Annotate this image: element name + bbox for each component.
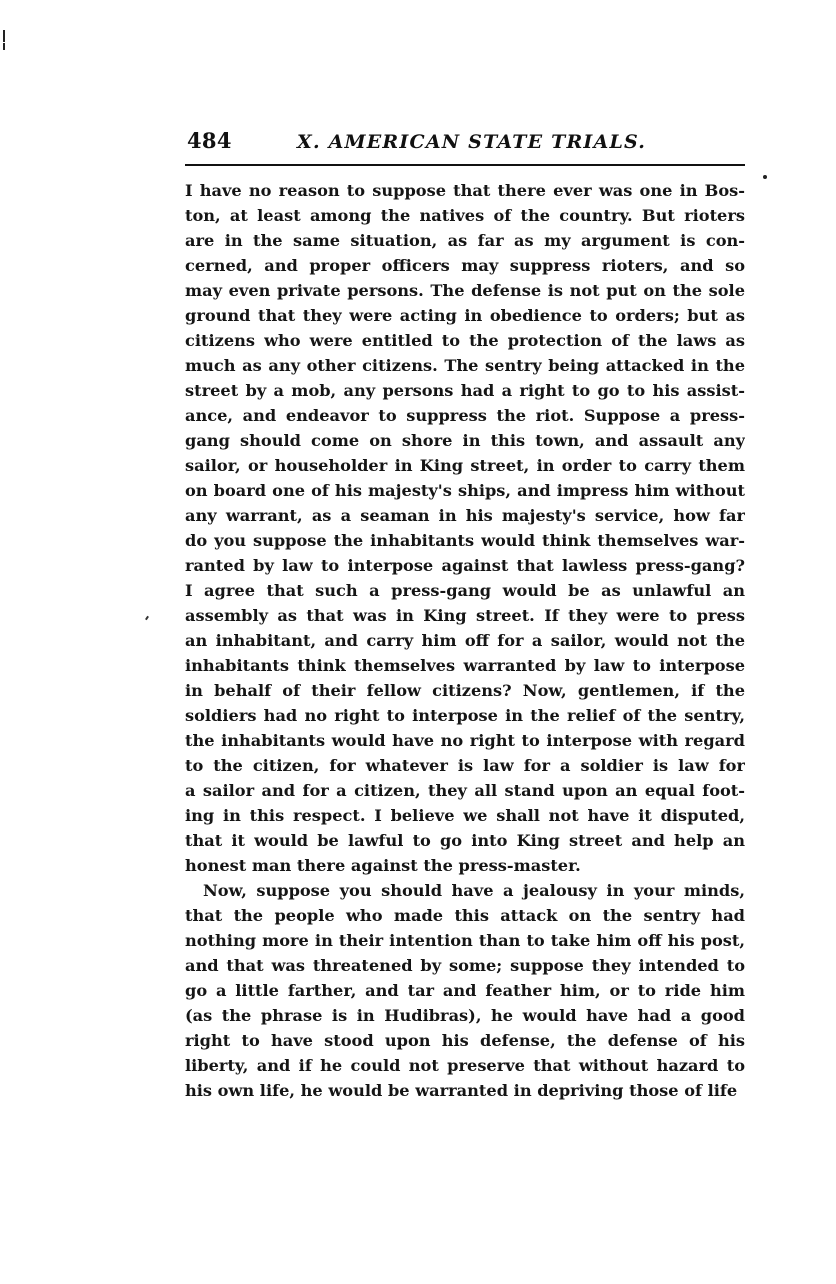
text-line: in behalf of their fellow citizens? Now,… <box>185 678 745 703</box>
text-line: ing in this respect. I believe we shall … <box>185 803 745 828</box>
text-line: his own life, he would be warranted in d… <box>185 1078 745 1103</box>
text-line: the inhabitants would have no right to i… <box>185 728 745 753</box>
running-head-title: X. AMERICAN STATE TRIALS. <box>297 131 646 153</box>
text-line: cerned, and proper officers may suppress… <box>185 253 745 278</box>
text-line: a sailor and for a citizen, they all sta… <box>185 778 745 803</box>
text-line: and that was threatened by some; suppose… <box>185 953 745 978</box>
scan-artifact-dot <box>763 175 767 179</box>
text-line: inhabitants think themselves warranted b… <box>185 653 745 678</box>
text-line: street by a mob, any persons had a right… <box>185 378 745 403</box>
header-rule <box>185 164 745 166</box>
text-line: nothing more in their intention than to … <box>185 928 745 953</box>
text-line: ranted by law to interpose against that … <box>185 553 745 578</box>
text-line: much as any other citizens. The sentry b… <box>185 353 745 378</box>
text-line: do you suppose the inhabitants would thi… <box>185 528 745 553</box>
text-line: liberty, and if he could not preserve th… <box>185 1053 745 1078</box>
text-line: may even private persons. The defense is… <box>185 278 745 303</box>
margin-pencil-mark <box>145 616 149 620</box>
text-line: ance, and endeavor to suppress the riot.… <box>185 403 745 428</box>
body-text: I have no reason to suppose that there e… <box>185 178 745 1103</box>
book-page: 484 X. AMERICAN STATE TRIALS. I have no … <box>185 128 745 1103</box>
scan-artifact-mark <box>3 30 5 42</box>
text-line: right to have stood upon his defense, th… <box>185 1028 745 1053</box>
text-line: I have no reason to suppose that there e… <box>185 178 745 203</box>
text-line: that the people who made this attack on … <box>185 903 745 928</box>
text-line: assembly as that was in King street. If … <box>185 603 745 628</box>
text-line: to the citizen, for whatever is law for … <box>185 753 745 778</box>
text-line: gang should come on shore in this town, … <box>185 428 745 453</box>
text-line: soldiers had no right to interpose in th… <box>185 703 745 728</box>
text-line: honest man there against the press-maste… <box>185 853 745 878</box>
scan-artifact-mark <box>3 43 5 50</box>
text-line: sailor, or householder in King street, i… <box>185 453 745 478</box>
text-line: I agree that such a press-gang would be … <box>185 578 745 603</box>
text-line: citizens who were entitled to the protec… <box>185 328 745 353</box>
text-line: that it would be lawful to go into King … <box>185 828 745 853</box>
text-line: (as the phrase is in Hudibras), he would… <box>185 1003 745 1028</box>
text-line: on board one of his majesty's ships, and… <box>185 478 745 503</box>
text-line: any warrant, as a seaman in his majesty'… <box>185 503 745 528</box>
text-line: an inhabitant, and carry him off for a s… <box>185 628 745 653</box>
page-number: 484 <box>185 128 297 153</box>
paragraph: I have no reason to suppose that there e… <box>185 178 745 878</box>
text-line: go a little farther, and tar and feather… <box>185 978 745 1003</box>
paragraph: Now, suppose you should have a jealousy … <box>185 878 745 1103</box>
text-line: Now, suppose you should have a jealousy … <box>185 878 745 903</box>
text-line: are in the same situation, as far as my … <box>185 228 745 253</box>
running-header: 484 X. AMERICAN STATE TRIALS. <box>185 128 745 162</box>
text-line: ton, at least among the natives of the c… <box>185 203 745 228</box>
text-line: ground that they were acting in obedienc… <box>185 303 745 328</box>
